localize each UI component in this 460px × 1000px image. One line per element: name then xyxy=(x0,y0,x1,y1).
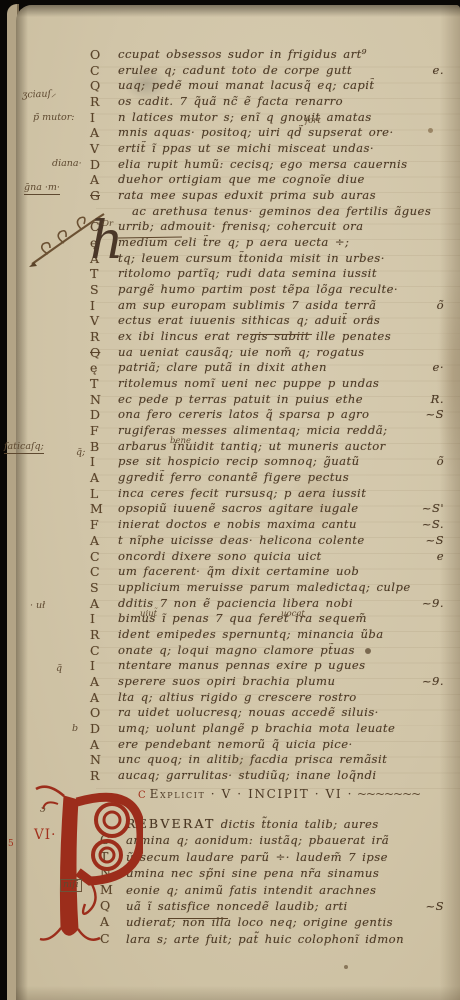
verse-line: Rident emipedes spernuntq; minancia ũba xyxy=(90,627,444,643)
versal-letter: R xyxy=(90,627,118,643)
margin-note: · uł xyxy=(30,601,45,611)
verse-text: ũ secum laudare parũ ÷· laudem̃ 7 ipse xyxy=(126,849,388,865)
explicit-text: Explicit · V · INCIPIT · VI · xyxy=(150,787,353,801)
verse-line: Vectus erat iuuenis sithicas q; aduit̃ o… xyxy=(90,313,444,329)
verse-line: Tritolomo partĩq; rudi data semina iussi… xyxy=(90,266,444,282)
interlinear-gloss: uiut̃ xyxy=(140,610,157,619)
versal-letter: S xyxy=(90,580,118,596)
verse-text: udierat; non illa loco neq; origine gent… xyxy=(126,914,393,930)
verse-text: os cadit. 7 q̃uã nc̃ ẽ facta renarro xyxy=(118,94,343,110)
versal-letter: I xyxy=(90,658,118,674)
margin-note: b xyxy=(72,724,78,734)
versal-letter: A xyxy=(90,674,118,690)
versal-letter: D xyxy=(90,721,118,737)
line-end-mark: ~S. xyxy=(418,517,444,533)
verse-line: Vertit̃ ĩ ppas ut se michi misceat undas… xyxy=(90,141,444,157)
line-end-mark: ~S' xyxy=(418,501,444,517)
verse-line: Aere pendebant nemorũ q̃ uicia pice· xyxy=(90,737,444,753)
verse-text: inca ceres fecit rursusq; p aera iussit xyxy=(118,486,366,502)
decorated-initial-p xyxy=(28,776,143,956)
verse-line: Occupat obsessos sudor in frigidus art⁹ xyxy=(90,47,444,63)
verse-text: t nĩphe uicisse deas· helicona colente xyxy=(118,533,365,549)
verse-text: ona fero cereris latos q̃ sparsa p agro xyxy=(118,407,369,423)
verse-line: Dumq; uolunt plangẽ p brachia mota leuat… xyxy=(90,721,444,737)
verse-text: ritolomo partĩq; rudi data semina iussit xyxy=(118,266,377,282)
manuscript-photo: Occupat obsessos sudor in frigidus art⁹C… xyxy=(0,0,460,1000)
interlinear-gloss: bene xyxy=(170,437,191,446)
verse-text: am sup europam sublimis 7 asida terrã xyxy=(118,298,376,314)
verse-line: Ora uidet uolucresq; nouas accedẽ siluis… xyxy=(90,705,444,721)
verse-line: Barbarus inuidit tantiq; ut muneris auct… xyxy=(90,439,444,455)
verse-text: ra uidet uolucresq; nouas accedẽ siluis· xyxy=(118,705,379,721)
verse-line: Dona fero cereris latos q̃ sparsa p agro… xyxy=(90,407,444,423)
versal-letter: R xyxy=(90,94,118,110)
verse-text: ident emipedes spernuntq; minancia ũba xyxy=(118,627,384,643)
verse-line: Alta q; altius rigido g crescere rostro xyxy=(90,690,444,706)
line-end-mark: e. xyxy=(429,63,444,79)
verse-text: ere pendebant nemorũ q̃ uicia pice· xyxy=(118,737,353,753)
versal-letter: F xyxy=(90,423,118,439)
verse-text: duehor ortigiam que me cognoĩe diue xyxy=(118,172,365,188)
verse-line: Qua ueniat causãq; uie nom̃ q; rogatus xyxy=(90,345,444,361)
verse-text: ntentare manus pennas exire p ugues xyxy=(118,658,366,674)
p-top-flourish xyxy=(36,787,64,796)
interlinear-gloss-correction: Or xyxy=(102,220,113,229)
versal-letter: F xyxy=(90,517,118,533)
verse-line: Frugiferas messes alimentaq; micia reddã… xyxy=(90,423,444,439)
verse-text: mnis aquas· positoq; uiri qd̃ supserat o… xyxy=(118,125,394,141)
verse-line: ęmedium celi t̃re q; p aera uecta ÷; xyxy=(90,235,444,251)
interlinear-gloss: ſort xyxy=(305,117,321,126)
verse-line: Carmina q; aonidum: iustãq; pbauerat irã xyxy=(100,832,444,848)
p-stem xyxy=(60,796,78,935)
line-end-mark: e· xyxy=(429,360,444,376)
verse-line: Atq; leuem cursum t̃tonida misit in urbe… xyxy=(90,251,444,267)
verse-line: REBVERATdictis t̃tonia talib; aures xyxy=(100,816,444,832)
verse-text: pse sit hospicio recip somnoq; g̃uatũ xyxy=(118,454,360,470)
verse-text: lta q; altius rigido g crescere rostro xyxy=(118,690,357,706)
versal-letter: A xyxy=(90,172,118,188)
versal-letter: I xyxy=(90,110,118,126)
book6-text-block: REBVERATdictis t̃tonia talib; auresCarmi… xyxy=(100,816,444,947)
verse-line: Spargẽ humo partim post tẽpa lõga recult… xyxy=(90,282,444,298)
verse-text: erulee q; cadunt toto de corpe gutt xyxy=(118,63,352,79)
stain xyxy=(344,965,348,969)
verse-line: Aduehor ortigiam que me cognoĩe diue xyxy=(90,172,444,188)
verse-text: ritolemus nomĩ ueni nec puppe p undas xyxy=(118,376,379,392)
verse-text: ectus erat iuuenis sithicas q; aduit̃ or… xyxy=(118,313,380,329)
versal-letter: D xyxy=(90,407,118,423)
verse-line: Nunc quoq; in alitib; facdia prisca remã… xyxy=(90,752,444,768)
verse-text: rugiferas messes alimentaq; micia reddã; xyxy=(118,423,387,439)
verse-line: Ipse sit hospicio recip somnoq; g̃uatũõ xyxy=(90,454,444,470)
versal-letter: I xyxy=(90,298,118,314)
versal-letter: A xyxy=(90,737,118,753)
verse-line: Ros cadit. 7 q̃uã nc̃ ẽ facta renarro xyxy=(90,94,444,110)
verse-line: Supplicium meruisse parum maledictaq; cu… xyxy=(90,580,444,596)
p-rosette-bottom-inner xyxy=(100,848,114,862)
verse-text: unc quoq; in alitib; facdia prisca remãs… xyxy=(118,752,387,768)
versal-letter: V xyxy=(90,313,118,329)
verse-line: Delia rupit humũ: cecisq; ego mersa caue… xyxy=(90,157,444,173)
verse-line: Tritolemus nomĩ ueni nec puppe p undas xyxy=(90,376,444,392)
verse-text: ex ibi lincus erat regis subiit ille pen… xyxy=(118,329,391,345)
line-end-mark: ~9. xyxy=(418,596,444,612)
verse-text: rata mee supas eduxit prima sub auras xyxy=(118,188,376,204)
versal-letter: N xyxy=(90,392,118,408)
verse-text: uã ĩ satisfice noncedẽ laudib; arti xyxy=(126,898,348,914)
verse-text: ec pede p terras patuit in puius ethe xyxy=(118,392,363,408)
verse-text: pargẽ humo partim post tẽpa lõga reculte… xyxy=(118,282,398,298)
verse-text: arbarus inuidit tantiq; ut muneris aucto… xyxy=(118,439,386,455)
verse-line: Grata mee supas eduxit prima sub auras xyxy=(90,188,444,204)
verse-line: Finierat doctos e nobis maxima cantu~S. xyxy=(90,517,444,533)
verse-line: Mopsopiũ iuuenẽ sacros agitare iugale~S' xyxy=(90,501,444,517)
verse-text: ertit̃ ĩ ppas ut se michi misceat undas· xyxy=(118,141,374,157)
verse-line: Asperere suos opiri brachia plumu~9. xyxy=(90,674,444,690)
verse-text: ggredit̃ ferro conantẽ figere pectus xyxy=(118,470,349,486)
versal-letter: M xyxy=(90,501,118,517)
versal-letter: C xyxy=(90,643,118,659)
versal-letter: ę xyxy=(90,360,118,376)
versal-letter: R xyxy=(90,329,118,345)
versal-letter: L xyxy=(90,486,118,502)
versal-letter: T xyxy=(90,376,118,392)
verse-line: Nec pede p terras patuit in puius etheR. xyxy=(90,392,444,408)
verse-line: Quaq; pedẽ moui manat lacusq̃ eq; capit̃ xyxy=(90,78,444,94)
verse-text: elia rupit humũ: cecisq; ego mersa cauer… xyxy=(118,157,408,173)
versal-letter: A xyxy=(90,533,118,549)
versal-letter: I xyxy=(90,611,118,627)
versal-letter: A xyxy=(90,596,118,612)
verse-line: Aggredit̃ ferro conantẽ figere pectus xyxy=(90,470,444,486)
versal-letter: C xyxy=(90,549,118,565)
verse-line: At nĩphe uicisse deas· helicona colente~… xyxy=(90,533,444,549)
versal-letter: D xyxy=(90,157,118,173)
verse-text: medium celi t̃re q; p aera uecta ÷; xyxy=(118,235,349,251)
verse-text: n latices mutor s; enĩ q gnouit amatas xyxy=(118,110,372,126)
versal-letter: O xyxy=(90,47,118,63)
verse-text: umina nec sp̃ni sine pena nr̃a sinamus xyxy=(126,865,379,881)
margin-note: ʒciauſ⸝ xyxy=(22,89,56,100)
verse-line: Quã ĩ satisfice noncedẽ laudib; arti~S xyxy=(100,898,444,914)
verse-line: Meonie q; animũ fatis intendit arachnes xyxy=(100,882,444,898)
verse-line: Tũ secum laudare parũ ÷· laudem̃ 7 ipse xyxy=(100,849,444,865)
line-filler-flourish: ~~~~~~~ xyxy=(357,787,420,801)
versal-letter: A xyxy=(90,470,118,486)
verse-text: ac arethusa tenus· geminos dea fertilis … xyxy=(132,204,431,220)
verse-line: Clara s; arte fuit; pat̃ huic colophonĩ … xyxy=(100,931,444,947)
verse-text: dictis t̃tonia talib; aures xyxy=(221,816,379,832)
line-end-mark: e xyxy=(433,549,444,565)
verse-text: patriã; clare putã in dixit athen xyxy=(118,360,327,376)
verse-text: aucaq; garrulitas· studiũq; inane loq̃nd… xyxy=(118,768,376,784)
line-end-mark: õ xyxy=(433,454,444,470)
verse-line: Numina nec sp̃ni sine pena nr̃a sinamus xyxy=(100,865,444,881)
p-tendril xyxy=(83,881,95,914)
p-rosette-bottom xyxy=(93,841,121,869)
versal-letter: B xyxy=(90,439,118,455)
verse-line: Amnis aquas· positoq; uiri qd̃ supserat … xyxy=(90,125,444,141)
book5-text-block: Occupat obsessos sudor in frigidus art⁹C… xyxy=(90,47,444,784)
verse-text: sperere suos opiri brachia plumu xyxy=(118,674,335,690)
interlinear-gloss: uocat xyxy=(281,610,305,619)
verse-text: eonie q; animũ fatis intendit arachnes xyxy=(126,882,376,898)
verse-text: inierat doctos e nobis maxima cantu xyxy=(118,517,357,533)
verse-text: tq; leuem cursum t̃tonida misit in urbes… xyxy=(118,251,385,267)
verse-line: Cerulee q; cadunt toto de corpe gutte. xyxy=(90,63,444,79)
interlinear-gloss: a xyxy=(368,314,373,323)
verse-text: ua ueniat causãq; uie nom̃ q; rogatus xyxy=(118,345,365,361)
verse-line: In latices mutor s; enĩ q gnouit amatas xyxy=(90,110,444,126)
margin-note-nisi: niſi xyxy=(60,879,82,892)
margin-note: ſaticaſq; xyxy=(4,442,44,454)
p-foot-left xyxy=(40,928,61,940)
verse-line: Raucaq; garrulitas· studiũq; inane loq̃n… xyxy=(90,768,444,784)
line-end-mark: õ xyxy=(433,298,444,314)
versal-letter: Q xyxy=(90,78,118,94)
versal-letter: N xyxy=(90,752,118,768)
margin-note: q̃ xyxy=(56,664,62,674)
line-end-mark: ~S xyxy=(421,898,444,914)
verse-line: Intentare manus pennas exire p ugues xyxy=(90,658,444,674)
versal-letter: I xyxy=(90,454,118,470)
verse-text: ccupat obsessos sudor in frigidus art⁹ xyxy=(118,47,367,63)
verse-text: umq; uolunt plangẽ p brachia mota leuate xyxy=(118,721,395,737)
versal-letter: A xyxy=(90,125,118,141)
versal-letter: C xyxy=(90,63,118,79)
line-end-mark: ~9. xyxy=(418,674,444,690)
verse-line: Cum facerent· q̃m dixit certamine uob xyxy=(90,564,444,580)
verse-text: urrib; admouit· frenisq; cohercuit ora xyxy=(118,219,364,235)
line-end-mark: R. xyxy=(427,392,444,408)
verse-line: Conate q; loqui magno clamore pt̃uas xyxy=(90,643,444,659)
versal-letter: S xyxy=(90,282,118,298)
verse-text: onate q; loqui magno clamore pt̃uas xyxy=(118,643,355,659)
verse-line: Iam sup europam sublimis 7 asida terrãõ xyxy=(90,298,444,314)
versal-letter: V xyxy=(90,141,118,157)
p-rosette-top xyxy=(96,804,128,836)
verse-text: um facerent· q̃m dixit certamine uob xyxy=(118,564,359,580)
verse-text: upplicium meruisse parum maledictaq; cul… xyxy=(118,580,411,596)
verse-text: oncordi dixere sono quicia uict xyxy=(118,549,322,565)
versal-letter: C xyxy=(90,564,118,580)
decorated-initial-h: h xyxy=(16,200,126,280)
verse-line: ac arethusa tenus· geminos dea fertilis … xyxy=(90,204,444,220)
margin-note-diana: diana· xyxy=(52,159,82,169)
verse-line: Audierat; non illa loco neq; origine gen… xyxy=(100,914,444,930)
p-rosette-top-inner xyxy=(104,812,120,828)
verse-text: lara s; arte fuit; pat̃ huic colophonĩ i… xyxy=(126,931,404,947)
versal-letter: O xyxy=(90,705,118,721)
quire-number: 5 xyxy=(8,839,14,849)
margin-note: q̃; xyxy=(76,448,85,458)
verse-text: opsopiũ iuuenẽ sacros agitare iugale xyxy=(118,501,359,517)
line-end-mark: ~S xyxy=(421,533,444,549)
verse-line: Concordi dixere sono quicia uicte xyxy=(90,549,444,565)
line-end-mark: ~S xyxy=(421,407,444,423)
verse-line: Linca ceres fecit rursusq; p aera iussit xyxy=(90,486,444,502)
verse-line: ępatriã; clare putã in dixit athene· xyxy=(90,360,444,376)
margin-note: ḡna ·m· xyxy=(24,183,60,195)
verse-text: armina q; aonidum: iustãq; pbauerat irã xyxy=(126,832,389,848)
book-number-label: VI· xyxy=(34,830,56,840)
p-foot-right xyxy=(78,929,100,940)
margin-note: p̃ mutor: xyxy=(33,113,75,123)
verse-text: uaq; pedẽ moui manat lacusq̃ eq; capit̃ xyxy=(118,78,374,94)
verse-line: Rex ibi lincus erat regis subiit ille pe… xyxy=(90,329,444,345)
versal-letter: Q xyxy=(90,345,118,361)
explicit-incipit-line: CExplicit · V · INCIPIT · VI · ~~~~~~~ xyxy=(138,786,438,802)
verse-line: Currib; admouit· frenisq; cohercuit ora xyxy=(90,219,444,235)
versal-letter: A xyxy=(90,690,118,706)
